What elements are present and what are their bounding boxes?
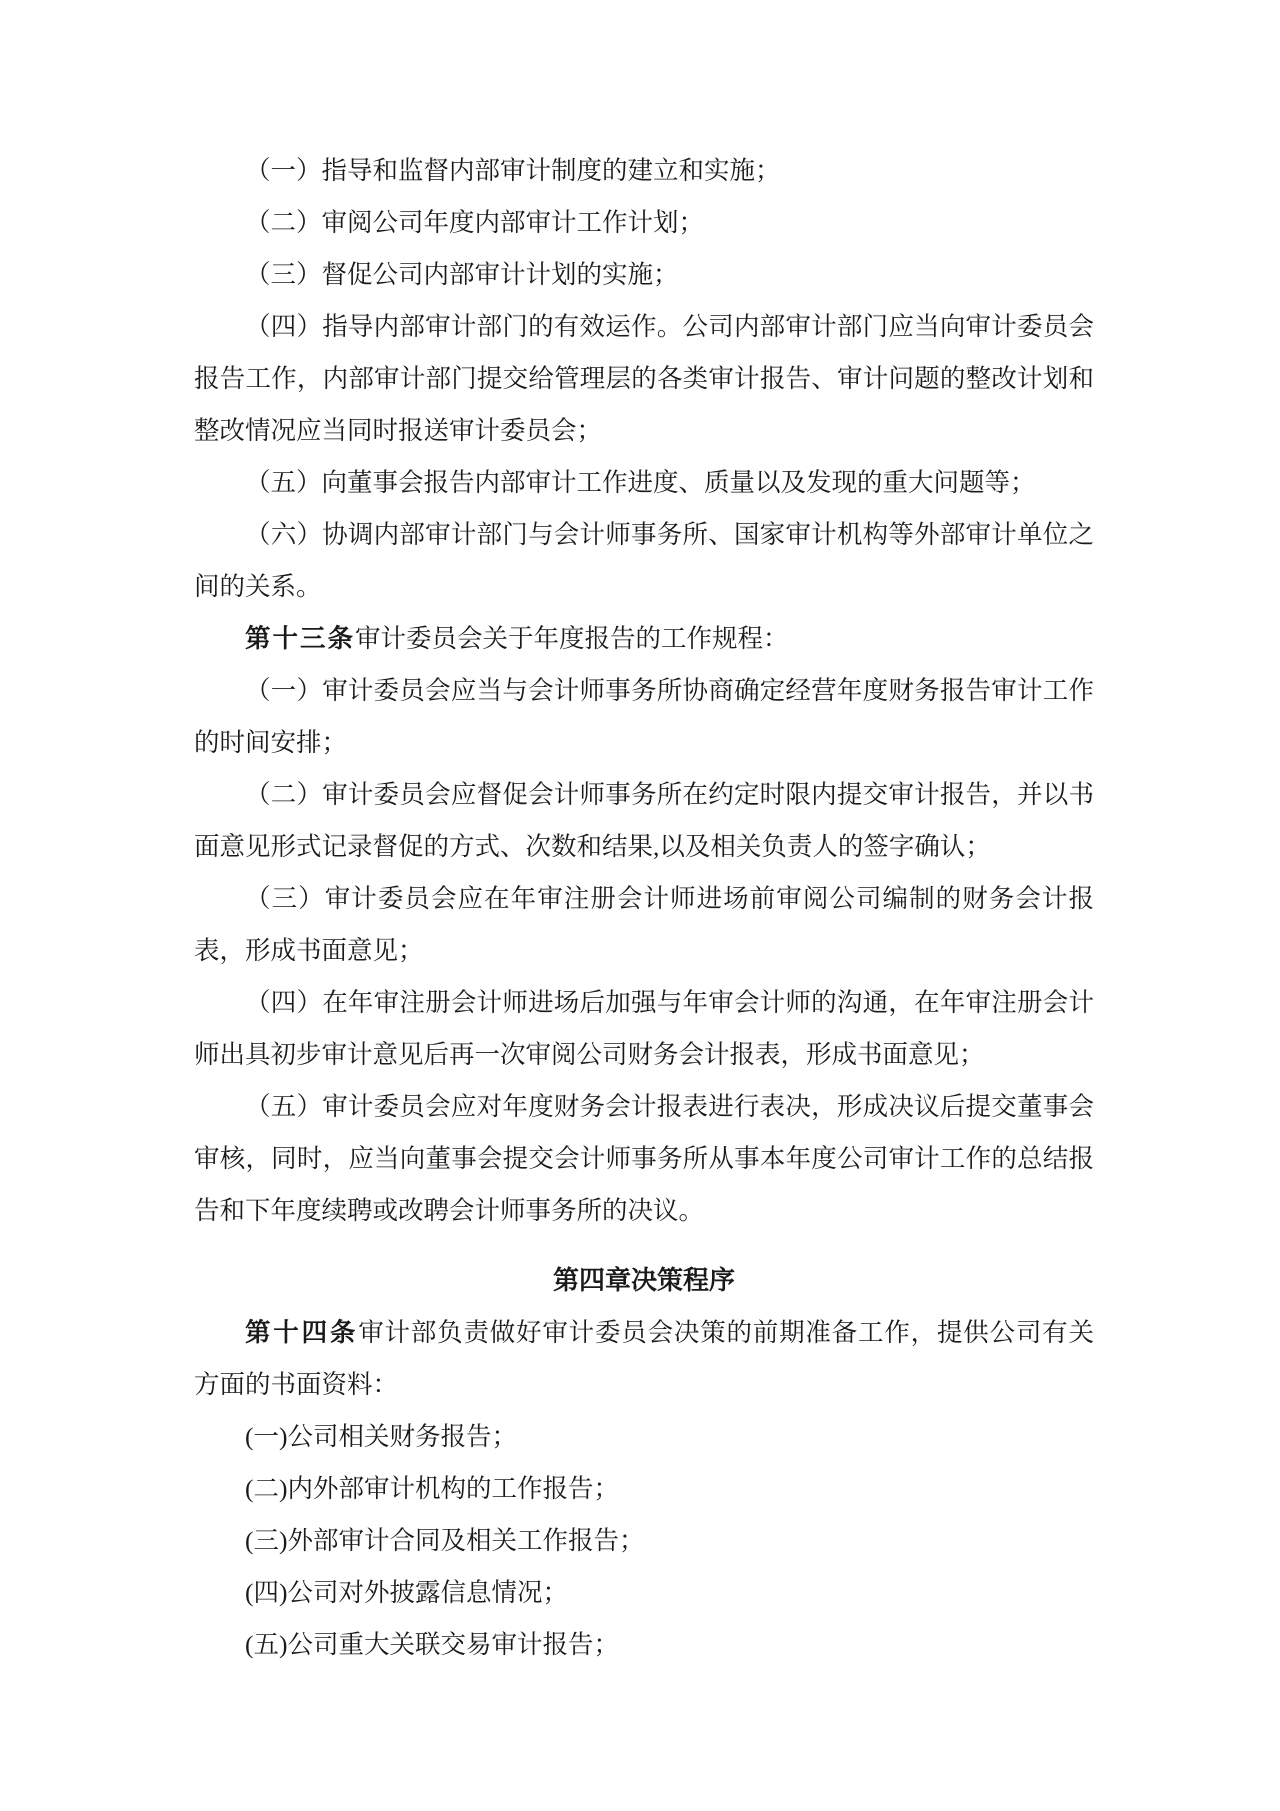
list-item-paragraph: （四）在年审注册会计师进场后加强与年审会计师的沟通，在年审注册会计师出具初步审计… [194,977,1094,1081]
list-item-paragraph: （五）审计委员会应对年度财务会计报表进行表决，形成决议后提交董事会审核，同时，应… [194,1081,1094,1237]
list-item-paragraph: （一）指导和监督内部审计制度的建立和实施； [194,145,1094,197]
article-number: 第十三条 [245,624,355,653]
list-item-paragraph: （三）审计委员会应在年审注册会计师进场前审阅公司编制的财务会计报表，形成书面意见… [194,873,1094,977]
document-body: （一）指导和监督内部审计制度的建立和实施； （二）审阅公司年度内部审计工作计划；… [194,145,1094,1671]
list-item-paragraph: (二)内外部审计机构的工作报告； [194,1463,1094,1515]
list-item-paragraph: (三)外部审计合同及相关工作报告； [194,1515,1094,1567]
list-item-paragraph: (四)公司对外披露信息情况； [194,1567,1094,1619]
article-text: 审计委员会关于年度报告的工作规程： [355,624,789,653]
chapter-heading: 第四章决策程序 [194,1255,1094,1307]
list-item-paragraph: （二）审阅公司年度内部审计工作计划； [194,197,1094,249]
list-item-paragraph: （三）督促公司内部审计计划的实施； [194,249,1094,301]
list-item-paragraph: （二）审计委员会应督促会计师事务所在约定时限内提交审计报告，并以书面意见形式记录… [194,769,1094,873]
list-item-paragraph: （六）协调内部审计部门与会计师事务所、国家审计机构等外部审计单位之间的关系。 [194,509,1094,613]
list-item-paragraph: (五)公司重大关联交易审计报告； [194,1619,1094,1671]
article-number: 第十四条 [245,1318,358,1347]
list-item-paragraph: (一)公司相关财务报告； [194,1411,1094,1463]
list-item-paragraph: （五）向董事会报告内部审计工作进度、质量以及发现的重大问题等； [194,457,1094,509]
list-item-paragraph: （一）审计委员会应当与会计师事务所协商确定经营年度财务报告审计工作的时间安排； [194,665,1094,769]
article-paragraph: 第十三条审计委员会关于年度报告的工作规程： [194,613,1094,665]
article-paragraph: 第十四条审计部负责做好审计委员会决策的前期准备工作，提供公司有关方面的书面资料： [194,1307,1094,1411]
list-item-paragraph: （四）指导内部审计部门的有效运作。公司内部审计部门应当向审计委员会报告工作，内部… [194,301,1094,457]
document-page: （一）指导和监督内部审计制度的建立和实施； （二）审阅公司年度内部审计工作计划；… [0,0,1280,1811]
